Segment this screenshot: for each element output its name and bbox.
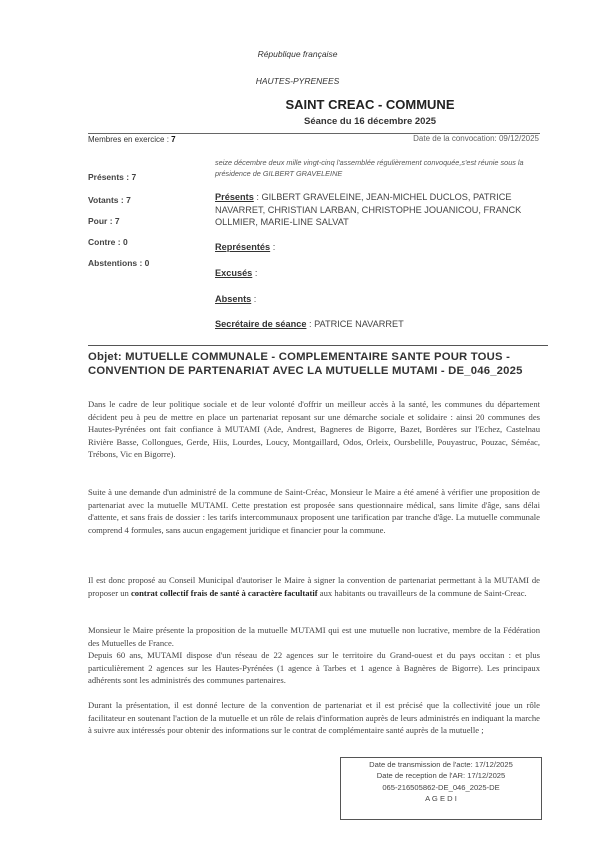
stamp-reference: 065-216505862-DE_046_2025-DE bbox=[341, 782, 541, 793]
representes-value: : bbox=[270, 242, 275, 252]
commune-title: SAINT CREAC - COMMUNE bbox=[220, 97, 520, 112]
excuses-line: Excusés : bbox=[215, 267, 545, 280]
count-pour: Pour : 7 bbox=[88, 216, 120, 226]
paragraph-contexte: Dans le cadre de leur politique sociale … bbox=[88, 398, 540, 461]
departement-heading: HAUTES-PYRENEES bbox=[0, 76, 595, 86]
stamp-agency: A G E D I bbox=[341, 793, 541, 804]
absents-line: Absents : bbox=[215, 293, 545, 306]
secretaire-value: : PATRICE NAVARRET bbox=[306, 319, 403, 329]
transmission-stamp: Date de transmission de l'acte: 17/12/20… bbox=[340, 757, 542, 820]
stamp-reception-date: Date de reception de l'AR: 17/12/2025 bbox=[341, 770, 541, 781]
paragraph-proposition: Il est donc proposé au Conseil Municipal… bbox=[88, 574, 540, 599]
presents-label: Présents bbox=[215, 192, 254, 202]
count-votants: Votants : 7 bbox=[88, 195, 131, 205]
stamp-transmission-date: Date de transmission de l'acte: 17/12/20… bbox=[341, 759, 541, 770]
objet-divider bbox=[88, 345, 548, 346]
presents-value: : GILBERT GRAVELEINE, JEAN-MICHEL DUCLOS… bbox=[215, 192, 521, 227]
paragraph-lecture: Durant la présentation, il est donné lec… bbox=[88, 699, 540, 737]
paragraph-presentation: Monsieur le Maire présente la propositio… bbox=[88, 624, 540, 649]
seance-intro: seize décembre deux mille vingt-cinq l'a… bbox=[215, 157, 540, 179]
presents-list: Présents : GILBERT GRAVELEINE, JEAN-MICH… bbox=[215, 191, 545, 229]
republique-francaise-heading: République française bbox=[0, 49, 595, 59]
count-abstentions: Abstentions : 0 bbox=[88, 258, 149, 268]
membres-en-exercice: Membres en exercice : 7 bbox=[88, 135, 176, 144]
membres-label: Membres en exercice : bbox=[88, 135, 171, 144]
date-convocation: Date de la convocation: 09/12/2025 bbox=[413, 134, 539, 143]
secretaire-label: Secrétaire de séance bbox=[215, 319, 306, 329]
membres-value: 7 bbox=[171, 135, 175, 144]
paragraph-reseau: Depuis 60 ans, MUTAMI dispose d'un résea… bbox=[88, 649, 540, 687]
secretaire-line: Secrétaire de séance : PATRICE NAVARRET bbox=[215, 318, 545, 331]
representes-line: Représentés : bbox=[215, 241, 545, 254]
count-presents: Présents : 7 bbox=[88, 172, 136, 182]
representes-label: Représentés bbox=[215, 242, 270, 252]
seance-date: Séance du 16 décembre 2025 bbox=[220, 116, 520, 127]
absents-label: Absents bbox=[215, 294, 251, 304]
proposition-bold: contrat collectif frais de santé à carac… bbox=[131, 588, 318, 598]
excuses-label: Excusés bbox=[215, 268, 252, 278]
count-contre: Contre : 0 bbox=[88, 237, 128, 247]
proposition-text-end: aux habitants ou travailleurs de la comm… bbox=[318, 588, 527, 598]
excuses-value: : bbox=[252, 268, 257, 278]
absents-value: : bbox=[251, 294, 256, 304]
paragraph-demande: Suite à une demande d'un administré de l… bbox=[88, 486, 540, 536]
objet-title: Objet: MUTUELLE COMMUNALE - COMPLEMENTAI… bbox=[88, 350, 528, 378]
